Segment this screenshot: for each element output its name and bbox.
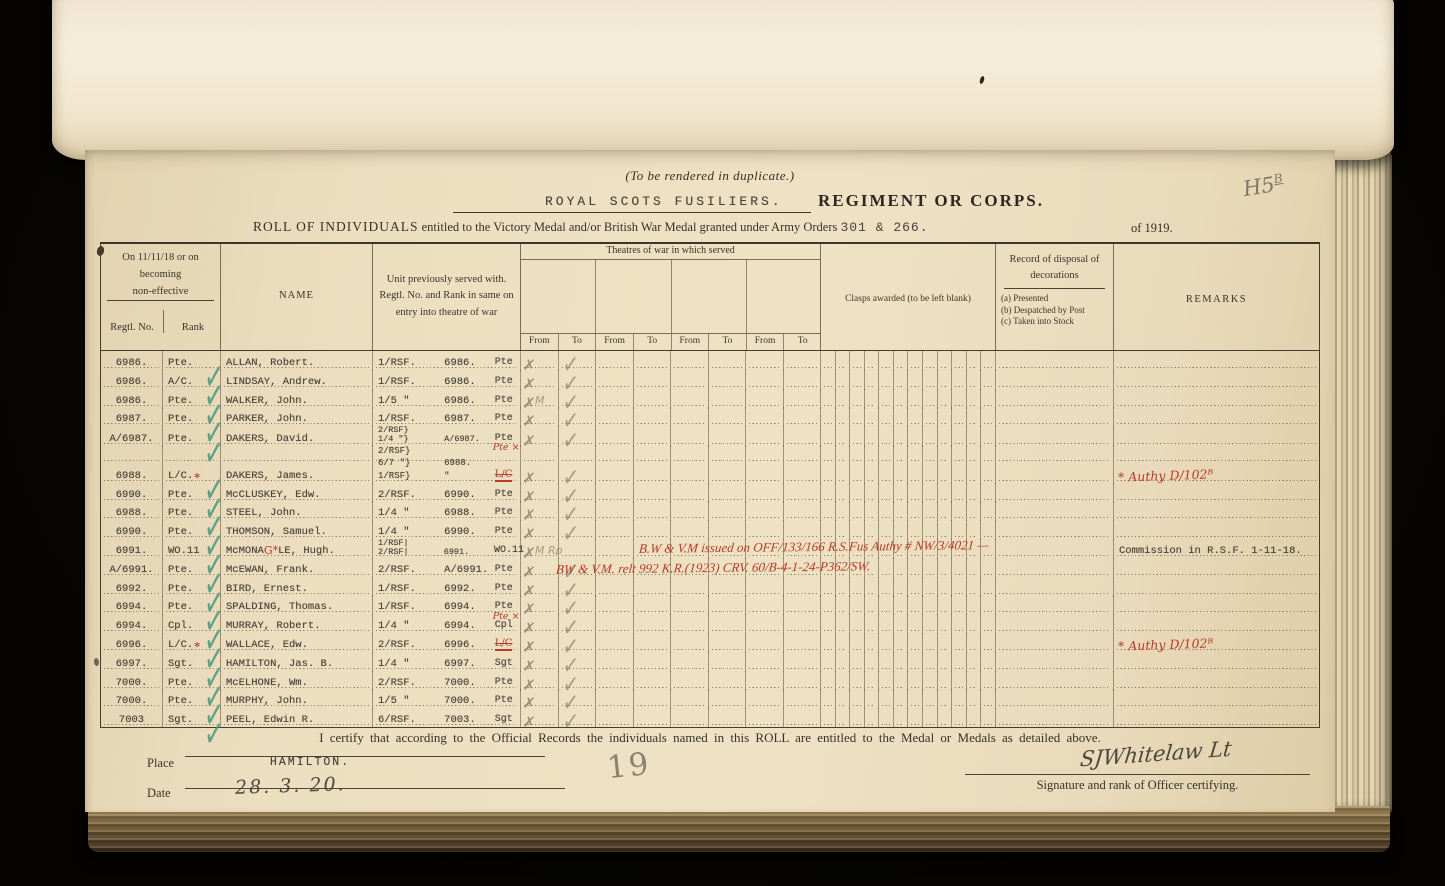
- cell-clasp: [894, 426, 909, 446]
- cell-theatre-to-2: [634, 577, 672, 597]
- cell-clasp: [981, 689, 996, 709]
- cell-clasp: [967, 351, 982, 371]
- col-header-to: To: [634, 334, 672, 351]
- cell-disposal: [996, 671, 1114, 691]
- cell-unit: 1/4 " 6988. Pte: [373, 501, 521, 521]
- cell-theatre-to-3: [709, 407, 747, 427]
- cell-clasp: [865, 652, 880, 672]
- pencil-note: M: [535, 394, 545, 407]
- cell-remarks: [1114, 614, 1319, 634]
- cell-clasp: [894, 483, 909, 503]
- cell-clasp: [821, 595, 836, 615]
- disposal-item-a: (a) Presented: [996, 292, 1113, 304]
- cell-theatre-from-2: [596, 520, 634, 540]
- cell-clasp: [938, 595, 953, 615]
- cell-theatre-from-3: [671, 708, 709, 728]
- cell-clasp: [938, 501, 953, 521]
- cell-name: ✓MURRAY, Robert.: [221, 614, 373, 634]
- cell-clasp: [879, 558, 894, 578]
- cell-theatre-from-2: [596, 595, 634, 615]
- cell-remarks: * Authy D/102ᴮ: [1114, 633, 1319, 653]
- cell-regtl-no: A/6987.: [101, 426, 163, 446]
- cell-clasp: [981, 351, 996, 371]
- cell-clasp: [879, 577, 894, 597]
- cell-clasp: [850, 389, 865, 409]
- pencil-x-mark: ✗: [523, 699, 536, 708]
- cell-clasp: [923, 652, 938, 672]
- cell-name: ✓McMONAG*LE, Hugh.: [221, 539, 373, 559]
- cell-theatre-from-2: [596, 445, 634, 484]
- cell-theatre-to-3: [709, 389, 747, 409]
- cell-remarks: [1114, 483, 1319, 503]
- cell-regtl-no: 7000.: [101, 671, 163, 691]
- disposal-item-b: (b) Despatched by Post: [996, 303, 1113, 315]
- cell-clasp: [865, 389, 880, 409]
- cell-name: ✓DAKERS, David.: [221, 426, 373, 446]
- pencil-x-mark: ✗: [523, 492, 536, 501]
- col-header-clasps: Clasps awarded (to be left blank): [821, 244, 996, 350]
- cell-disposal: [996, 445, 1114, 484]
- cell-clasp: [879, 426, 894, 446]
- cell-regtl-no: 6986.: [101, 370, 163, 390]
- cell-remarks: [1114, 520, 1319, 540]
- col-header-non-effective: On 11/11/18 or on becomingnon-effective …: [101, 244, 221, 350]
- cell-clasp: [908, 652, 923, 672]
- cell-regtl-no: 6996.: [101, 633, 163, 653]
- cell-clasp: [923, 389, 938, 409]
- cell-theatre-to-4: [784, 351, 822, 371]
- cell-theatre-to-4: [784, 671, 822, 691]
- cell-regtl-no: 6988.: [101, 501, 163, 521]
- cell-clasp: [821, 370, 836, 390]
- table-row: 6996. L/C.* ✓WALLACE, Edw. 2/RSF. 6996. …: [101, 633, 1319, 652]
- cell-theatre-from-2: [596, 501, 634, 521]
- cell-regtl-no: 7000.: [101, 689, 163, 709]
- cell-clasp: [908, 708, 923, 728]
- cell-clasp: [879, 370, 894, 390]
- cell-clasp: [938, 558, 953, 578]
- cell-clasp: [938, 483, 953, 503]
- cell-theatre-to-3: [709, 614, 747, 634]
- cell-clasp: [981, 426, 996, 446]
- cell-disposal: [996, 558, 1114, 578]
- cell-name: ✓BIRD, Ernest.: [221, 577, 373, 597]
- cell-name: ✓STEEL, John.: [221, 501, 373, 521]
- table-row: A/6987. Pte. ✓DAKERS, David. 2/RSF} 1/4 …: [101, 426, 1319, 445]
- cell-clasp: [894, 614, 909, 634]
- cell-theatre-from-1: ✗: [521, 577, 559, 597]
- cell-clasp: [850, 501, 865, 521]
- col-header-disposal: Record of disposal of decorations (a) Pr…: [996, 244, 1114, 350]
- cell-clasp: [865, 520, 880, 540]
- cell-clasp: [836, 351, 851, 371]
- cell-remarks: Commission in R.S.F. 1-11-18.: [1114, 539, 1319, 559]
- table-body: 6986. Pte. ✓ALLAN, Robert. 1/RSF. 6986. …: [101, 351, 1319, 727]
- ampersand: &: [867, 220, 893, 235]
- cell-clasp: [981, 483, 996, 503]
- cell-theatre-to-4: [784, 370, 822, 390]
- on-1111-line1: On 11/11/18 or on becoming: [122, 252, 199, 280]
- cell-theatre-from-1: ✗: [521, 370, 559, 390]
- cell-clasp: [923, 689, 938, 709]
- cell-clasp: [850, 520, 865, 540]
- cell-unit: 1/RSF| 2/RSF| 6991. WO.11: [373, 539, 521, 559]
- cell-theatre-from-3: [671, 577, 709, 597]
- cell-remarks: [1114, 370, 1319, 390]
- cell-clasp: [879, 407, 894, 427]
- red-name-correction: G*: [264, 544, 278, 557]
- cell-clasp: [952, 426, 967, 446]
- cell-theatre-from-3: [671, 351, 709, 371]
- cell-clasp: [865, 577, 880, 597]
- cell-clasp: [894, 445, 909, 484]
- cell-theatre-from-2: [596, 389, 634, 409]
- cell-theatre-from-4: [746, 652, 784, 672]
- cell-theatre-to-4: [784, 708, 822, 728]
- cell-theatre-from-4: [746, 407, 784, 427]
- cell-theatre-to-4: [784, 426, 822, 446]
- cell-clasp: [952, 501, 967, 521]
- green-check-mark: ✓: [204, 452, 224, 454]
- cell-theatre-to-1: ✓: [559, 708, 597, 728]
- cell-clasp: [908, 689, 923, 709]
- cell-clasp: [923, 407, 938, 427]
- table-row: 6986. Pte. ✓ALLAN, Robert. 1/RSF. 6986. …: [101, 351, 1319, 370]
- table-row: 6988. Pte. ✓STEEL, John. 1/4 " 6988. Pte…: [101, 501, 1319, 520]
- cell-clasp: [879, 445, 894, 484]
- cell-theatre-to-4: [784, 633, 822, 653]
- cell-disposal: [996, 689, 1114, 709]
- cell-clasp: [879, 689, 894, 709]
- cell-theatre-to-4: [784, 595, 822, 615]
- date-label: Date: [147, 786, 171, 801]
- cell-clasp: [894, 689, 909, 709]
- cell-clasp: [981, 577, 996, 597]
- red-asterisk: *: [194, 473, 200, 482]
- cell-clasp: [821, 407, 836, 427]
- cell-clasp: [836, 483, 851, 503]
- cell-clasp: [923, 351, 938, 371]
- cell-unit: 6/RSF. 7003. Sgt: [373, 708, 521, 728]
- date-value-handwritten: 28. 3. 20.: [235, 773, 346, 799]
- cell-clasp: [908, 483, 923, 503]
- cell-unit: 1/5 " 6986. Pte: [373, 389, 521, 409]
- pencil-page-number: 19: [605, 746, 652, 786]
- cell-clasp: [821, 426, 836, 446]
- cell-unit: 2/RSF. 6990. Pte: [373, 483, 521, 503]
- cell-theatre-from-4: [746, 595, 784, 615]
- cell-theatre-from-3: [671, 614, 709, 634]
- cell-clasp: [836, 689, 851, 709]
- cell-theatre-from-4: [746, 577, 784, 597]
- cell-clasp: [836, 445, 851, 484]
- cell-clasp: [923, 614, 938, 634]
- cell-theatre-from-4: [746, 689, 784, 709]
- cell-theatre-to-3: [709, 483, 747, 503]
- cell-regtl-no: 7003: [101, 708, 163, 728]
- cell-theatre-from-3: [671, 652, 709, 672]
- cell-clasp: [923, 558, 938, 578]
- cell-name: ✓HAMILTON, Jas. B.: [221, 652, 373, 672]
- cell-theatre-to-3: [709, 633, 747, 653]
- cell-regtl-no: 6990.: [101, 520, 163, 540]
- cell-clasp: [879, 708, 894, 728]
- cell-theatre-from-2: [596, 483, 634, 503]
- cell-clasp: [850, 614, 865, 634]
- table-row: 6990. Pte. ✓McCLUSKEY, Edw. 2/RSF. 6990.…: [101, 483, 1319, 502]
- cell-clasp: [967, 614, 982, 634]
- regiment-underline: [453, 212, 811, 213]
- cell-clasp: [850, 708, 865, 728]
- cell-clasp: [981, 671, 996, 691]
- army-order-2: 266.: [893, 220, 928, 235]
- cell-theatre-from-3: [671, 407, 709, 427]
- pencil-note: M Rp: [535, 544, 563, 557]
- cell-clasp: [908, 558, 923, 578]
- cell-theatre-to-4: [784, 614, 822, 634]
- cell-clasp: [908, 370, 923, 390]
- curled-previous-page: [52, 0, 1394, 160]
- document-page: (To be rendered in duplicate.) ROYAL SCO…: [85, 150, 1335, 812]
- cell-clasp: [938, 370, 953, 390]
- cell-theatre-from-2: [596, 652, 634, 672]
- cell-clasp: [923, 501, 938, 521]
- cell-clasp: [865, 614, 880, 634]
- book-bottom-edge: [88, 806, 1390, 852]
- cell-clasp: [923, 671, 938, 691]
- cell-clasp: [952, 689, 967, 709]
- cell-theatre-from-1: ✗: [521, 445, 559, 484]
- cell-regtl-no: 6991.: [101, 539, 163, 559]
- cell-clasp: [923, 577, 938, 597]
- cell-clasp: [865, 370, 880, 390]
- cell-name: ✓WALLACE, Edw.: [221, 633, 373, 653]
- cell-disposal: [996, 426, 1114, 446]
- table-row: 6997. Sgt. ✓HAMILTON, Jas. B. 1/4 " 6997…: [101, 652, 1319, 671]
- pencil-x-mark: ✗: [523, 379, 536, 388]
- cell-name: ✓McELHONE, Wm.: [221, 671, 373, 691]
- pencil-x-mark: ✗: [523, 680, 536, 689]
- cell-disposal: [996, 483, 1114, 503]
- cell-clasp: [952, 370, 967, 390]
- cell-clasp: [938, 445, 953, 484]
- table-row: 6994. Pte. ✓SPALDING, Thomas. 1/RSF. 699…: [101, 595, 1319, 614]
- cell-remarks: [1114, 426, 1319, 446]
- cell-clasp: [836, 577, 851, 597]
- cell-theatre-to-3: [709, 595, 747, 615]
- cell-clasp: [894, 389, 909, 409]
- cell-theatre-to-3: [709, 671, 747, 691]
- table-row: 7000. Pte. ✓McELHONE, Wm. 2/RSF. 7000. P…: [101, 671, 1319, 690]
- cell-clasp: [850, 633, 865, 653]
- cell-theatre-to-3: [709, 708, 747, 728]
- cell-theatre-to-3: [709, 351, 747, 371]
- cell-clasp: [923, 426, 938, 446]
- cell-clasp: [879, 614, 894, 634]
- cell-theatre-from-4: [746, 426, 784, 446]
- cell-theatre-to-2: [634, 501, 672, 521]
- fly-speck: [979, 76, 985, 85]
- cell-clasp: [923, 633, 938, 653]
- cell-name: ✓LINDSAY, Andrew.: [221, 370, 373, 390]
- cell-clasp: [967, 407, 982, 427]
- cell-theatre-from-4: [746, 633, 784, 653]
- cell-clasp: [894, 577, 909, 597]
- cell-clasp: [938, 351, 953, 371]
- pencil-x-mark: ✗: [523, 530, 536, 539]
- cell-regtl-no: 6988.: [101, 445, 163, 484]
- cell-name: ✓McCLUSKEY, Edw.: [221, 483, 373, 503]
- col-header-remarks: REMARKS: [1114, 244, 1319, 350]
- col-header-to: To: [784, 334, 821, 351]
- cell-theatre-from-3: [671, 595, 709, 615]
- cell-clasp: [923, 483, 938, 503]
- table-row: 6986. Pte. ✓WALKER, John. 1/5 " 6986. Pt…: [101, 389, 1319, 408]
- col-header-to: To: [709, 334, 747, 351]
- cell-clasp: [821, 708, 836, 728]
- pencil-x-mark: ✗: [523, 624, 536, 633]
- cell-theatre-to-4: [784, 483, 822, 503]
- cell-theatre-to-1: ✓: [559, 445, 597, 484]
- table-row: 6987. Pte. ✓PARKER, John. 1/RSF. 6987. P…: [101, 407, 1319, 426]
- pencil-x-mark: ✗: [523, 549, 536, 558]
- cell-theatre-to-3: [709, 577, 747, 597]
- cell-theatre-to-3: [709, 501, 747, 521]
- cell-theatre-from-2: [596, 689, 634, 709]
- corner-pencil-mark: H5B: [1241, 171, 1285, 201]
- cell-clasp: [865, 689, 880, 709]
- cell-clasp: [967, 558, 982, 578]
- cell-clasp: [952, 483, 967, 503]
- cell-theatre-to-2: [634, 407, 672, 427]
- cell-clasp: [967, 389, 982, 409]
- cell-clasp: [879, 671, 894, 691]
- cell-disposal: [996, 577, 1114, 597]
- cell-clasp: [967, 689, 982, 709]
- cell-name: ✓PARKER, John.: [221, 407, 373, 427]
- cell-theatre-to-2: [634, 595, 672, 615]
- cell-theatre-to-2: [634, 483, 672, 503]
- cell-clasp: [908, 614, 923, 634]
- col-header-theatres: Theatres of war in which served FromToFr…: [521, 244, 821, 350]
- cell-clasp: [821, 483, 836, 503]
- cell-name: ✓ALLAN, Robert.: [221, 351, 373, 371]
- cell-clasp: [908, 351, 923, 371]
- cell-clasp: [908, 633, 923, 653]
- army-order-1: 301: [841, 220, 867, 235]
- cell-theatre-from-3: [671, 671, 709, 691]
- cell-clasp: [967, 483, 982, 503]
- cell-clasp: [836, 501, 851, 521]
- red-rank-correction: Pte ×: [493, 611, 520, 622]
- cell-theatre-from-3: [671, 520, 709, 540]
- cell-clasp: [938, 577, 953, 597]
- cell-clasp: [952, 652, 967, 672]
- pencil-x-mark: ✗: [523, 642, 536, 651]
- cell-remarks: [1114, 577, 1319, 597]
- cell-clasp: [821, 577, 836, 597]
- cell-theatre-from-1: ✗: [521, 671, 559, 691]
- cell-name: ✓WALKER, John.: [221, 389, 373, 409]
- cell-theatre-from-1: ✗: [521, 689, 559, 709]
- cell-regtl-no: 6994.: [101, 614, 163, 634]
- place-underline: [185, 756, 545, 757]
- cell-theatre-from-2: [596, 708, 634, 728]
- cell-clasp: [879, 483, 894, 503]
- cell-clasp: [967, 445, 982, 484]
- cell-theatre-from-4: [746, 501, 784, 521]
- cell-clasp: [952, 577, 967, 597]
- cell-theatre-to-2: [634, 445, 672, 484]
- duplicate-note: (To be rendered in duplicate.): [85, 168, 1335, 184]
- col-header-from: From: [596, 334, 634, 351]
- cell-remarks: [1114, 671, 1319, 691]
- cell-clasp: [894, 595, 909, 615]
- cell-theatre-from-2: [596, 426, 634, 446]
- red-rank-correction: Pte ×: [493, 442, 520, 453]
- cell-theatre-from-4: [746, 614, 784, 634]
- cell-theatre-to-4: [784, 501, 822, 521]
- cell-clasp: [908, 407, 923, 427]
- cell-theatre-from-4: [746, 671, 784, 691]
- cell-theatre-from-4: [746, 708, 784, 728]
- cell-theatre-from-1: ✗: [521, 351, 559, 371]
- cell-theatre-to-4: [784, 689, 822, 709]
- cell-regtl-no: 6990.: [101, 483, 163, 503]
- cell-theatre-from-1: ✗: [521, 426, 559, 446]
- medal-roll-table: On 11/11/18 or on becomingnon-effective …: [100, 242, 1320, 728]
- table-header: On 11/11/18 or on becomingnon-effective …: [101, 244, 1319, 351]
- pencil-x-mark: ✗: [523, 474, 536, 483]
- cell-theatre-from-4: [746, 520, 784, 540]
- cell-theatre-from-2: [596, 633, 634, 653]
- cell-theatre-to-4: [784, 445, 822, 484]
- cell-unit: 1/RSF. 6992. Pte: [373, 577, 521, 597]
- cell-clasp: [836, 595, 851, 615]
- cell-clasp: [952, 407, 967, 427]
- cell-disposal: [996, 501, 1114, 521]
- on-1111-line2: non-effective: [133, 286, 189, 297]
- cell-clasp: [952, 614, 967, 634]
- cell-clasp: [821, 652, 836, 672]
- pencil-x-mark: ✗: [523, 436, 536, 445]
- cell-clasp: [908, 426, 923, 446]
- cell-theatre-from-1: ✗: [521, 652, 559, 672]
- cell-clasp: [894, 708, 909, 728]
- cell-theatre-from-4: [746, 370, 784, 390]
- cell-clasp: [865, 445, 880, 484]
- table-row: 6994. Cpl. ✓MURRAY, Robert. 1/4 " 6994. …: [101, 614, 1319, 633]
- col-header-from: From: [521, 334, 559, 351]
- cell-clasp: [938, 389, 953, 409]
- cell-disposal: [996, 539, 1114, 559]
- cell-theatre-from-4: [746, 445, 784, 484]
- theatre-pair-boxes: [521, 259, 821, 333]
- cell-clasp: [952, 595, 967, 615]
- cell-clasp: [836, 633, 851, 653]
- cell-theatre-to-2: [634, 652, 672, 672]
- cell-clasp: [967, 426, 982, 446]
- cell-clasp: [821, 671, 836, 691]
- col-header-unit: Unit previously served with. Regtl. No. …: [373, 244, 521, 350]
- pencil-x-mark: ✗: [523, 586, 536, 595]
- cell-unit: 1/5 " 7000. Pte: [373, 689, 521, 709]
- cell-clasp: [865, 595, 880, 615]
- cell-theatre-from-1: ✗: [521, 595, 559, 615]
- cell-clasp: [850, 351, 865, 371]
- cell-clasp: [952, 671, 967, 691]
- cell-clasp: [952, 558, 967, 578]
